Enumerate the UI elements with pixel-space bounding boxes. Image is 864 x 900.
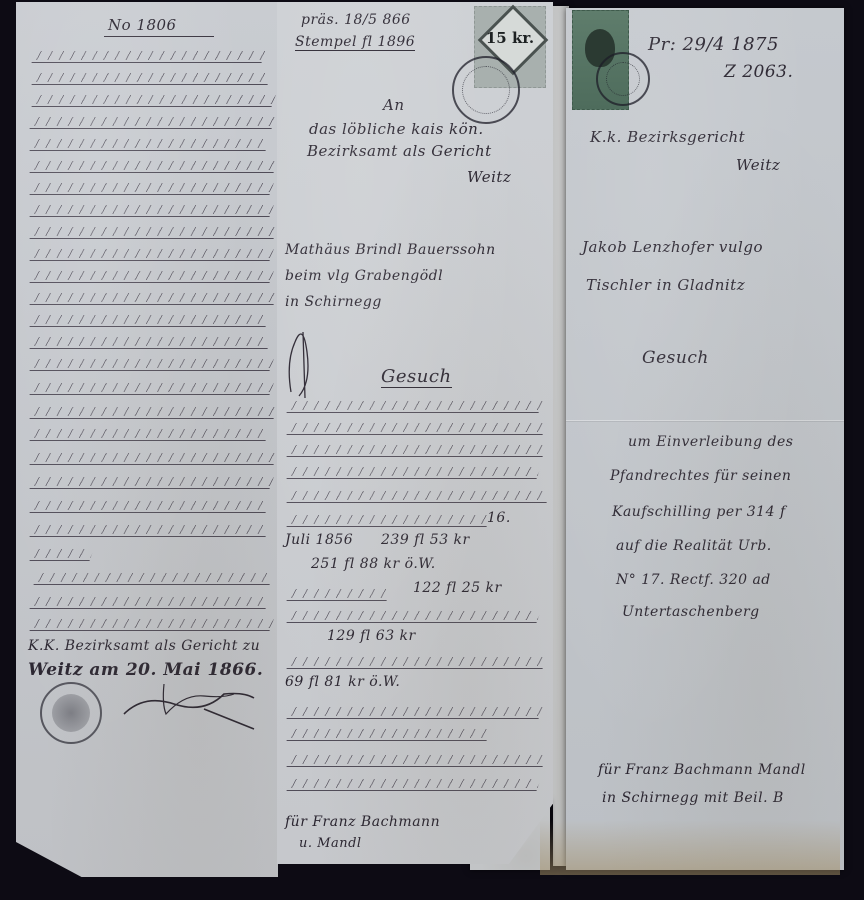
- reference-underline: [104, 36, 214, 37]
- body-line-4: auf die Realität Urb.: [616, 538, 772, 554]
- addressee-line-2: Weitz: [736, 156, 780, 174]
- received-note: Pr: 29/4 1875: [648, 34, 779, 55]
- right-sheet: Pr: 29/4 1875 Z 2063. K.k. Bezirksgerich…: [566, 8, 844, 870]
- body-amount-5: 69 fl 81 kr ö.W.: [285, 674, 400, 690]
- postmark-right: [596, 52, 650, 106]
- left-sheet: No 1806 K.K. Bezirksamt als Gericht zu W…: [16, 2, 278, 877]
- petition-title: Gesuch: [642, 348, 709, 368]
- stamp-value: 15 kr.: [475, 29, 545, 47]
- footer-line-2: in Schirnegg mit Beil. B: [602, 790, 784, 806]
- address-line-4: Weitz: [467, 168, 511, 186]
- body-line-6: Untertaschenberg: [622, 604, 760, 620]
- body-amount-3: 122 fl 25 kr: [413, 580, 502, 596]
- address-line-3: Bezirksamt als Gericht: [307, 142, 492, 160]
- footer-line-1: für Franz Bachmann: [285, 814, 440, 830]
- official-seal: [40, 682, 102, 744]
- footer-line-1: für Franz Bachmann Mandl: [598, 762, 806, 778]
- body-amount-1: 239 fl 53 kr: [381, 532, 470, 548]
- applicant-line-1: Jakob Lenzhofer vulgo: [582, 238, 763, 256]
- body-line-2: Pfandrechtes für seinen: [610, 468, 791, 484]
- applicant-line-3: in Schirnegg: [285, 294, 382, 310]
- body-line-5: N° 17. Rectf. 320 ad: [616, 572, 771, 588]
- marginal-initials: [281, 312, 321, 402]
- body-line-1: um Einverleibung des: [628, 434, 793, 450]
- applicant-line-2: beim vlg Grabengödl: [285, 268, 443, 284]
- header-note-1: präs. 18/5 866: [301, 12, 411, 28]
- address-line-1: An: [383, 96, 405, 114]
- reference-number: No 1806: [108, 16, 177, 34]
- body-date-line: Juli 1856: [285, 532, 353, 548]
- applicant-line-2: Tischler in Gladnitz: [586, 276, 745, 294]
- middle-sheet: präs. 18/5 866 Stempel fl 1896 An das lö…: [277, 2, 553, 864]
- address-line-2: das löbliche kais kön.: [309, 120, 484, 138]
- body-amount-4: 129 fl 63 kr: [327, 628, 416, 644]
- body-line-3: Kaufschilling per 314 f: [612, 504, 786, 520]
- file-number: Z 2063.: [724, 62, 793, 82]
- applicant-line-1: Mathäus Brindl Bauerssohn: [285, 242, 496, 258]
- body-amount-2: 251 fl 88 kr ö.W.: [311, 556, 436, 572]
- header-note-2: Stempel fl 1896: [295, 34, 415, 51]
- closing-line: K.K. Bezirksamt als Gericht zu: [28, 638, 260, 654]
- fold-line: [566, 420, 844, 421]
- petition-title: Gesuch: [381, 366, 452, 388]
- footer-line-2: u. Mandl: [299, 836, 362, 851]
- body-date-num: 16.: [487, 510, 511, 526]
- postmark-middle: [452, 56, 520, 124]
- addressee-line-1: K.k. Bezirksgericht: [590, 128, 745, 146]
- signature: [104, 674, 274, 734]
